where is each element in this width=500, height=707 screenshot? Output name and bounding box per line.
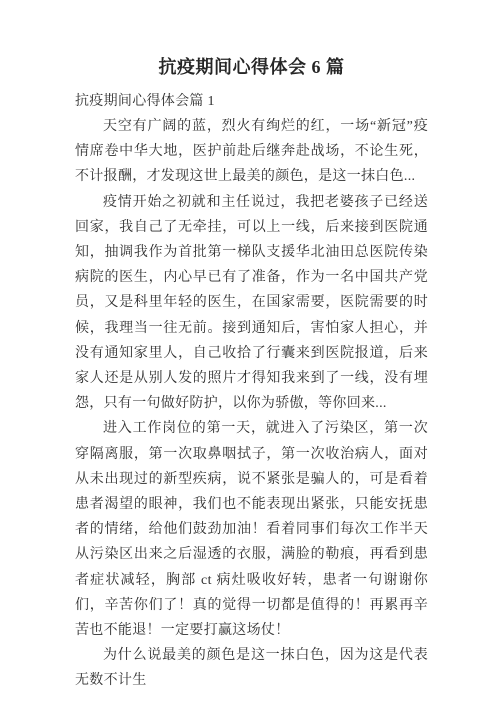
paragraph-4: 为什么说最美的颜色是这一抹白色，因为这是代表无数不计生 xyxy=(75,643,428,693)
document-title: 抗疫期间心得体会 6 篇 xyxy=(75,54,428,80)
paragraph-2: 疫情开始之初就和主任说过，我把老婆孩子已经送回家，我自己了无牵挂，可以上一线，后… xyxy=(75,190,428,417)
paragraph-3: 进入工作岗位的第一天，就进入了污染区，第一次穿隔离服，第一次取鼻咽拭子，第一次收… xyxy=(75,416,428,643)
section-heading: 抗疫期间心得体会篇 1 xyxy=(75,89,428,114)
paragraph-1: 天空有广阔的蓝，烈火有绚烂的红，一场“新冠”疫情席卷中华大地，医护前赴后继奔赴战… xyxy=(75,114,428,190)
document-page: 抗疫期间心得体会 6 篇 抗疫期间心得体会篇 1 天空有广阔的蓝，烈火有绚烂的红… xyxy=(0,0,500,707)
